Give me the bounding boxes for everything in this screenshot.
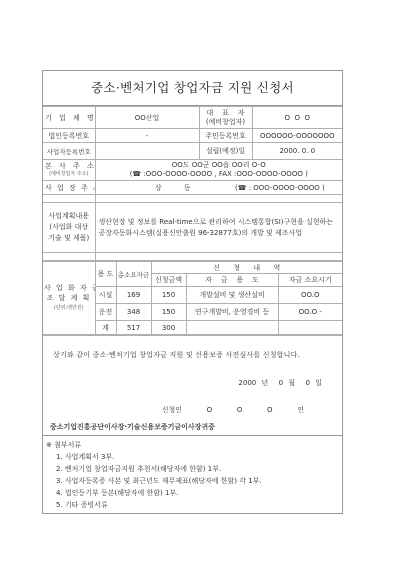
total-cell: 348: [116, 304, 151, 321]
hq-address-label-main: 본 사 주 소: [45, 162, 93, 170]
spacer-row: [43, 195, 342, 203]
usage-cell: 계: [95, 321, 116, 335]
corp-reg-value: -: [95, 129, 199, 143]
usage-cell: 시설: [95, 287, 116, 304]
hq-address-sublabel: (예비창업자 주소): [45, 170, 93, 178]
spacer-cell: [95, 195, 342, 203]
company-info-table: 기 업 체 명 OO산업 대 표 자 (예비창업자) O O O 법인등록번호 …: [43, 106, 342, 261]
requested-cell: 150: [151, 287, 186, 304]
registration-row: 법인등록번호 - 주민등록번호 OOOOOO-OOOOOOO: [43, 129, 342, 143]
site-address-phone: (☎ : OOO-OOOO-OOOO ): [235, 184, 325, 192]
addressee: 중소기업진흥공단이사장·기술신용보증기금이사장귀중: [50, 422, 215, 432]
hq-address-value: OO도 OO군 OO읍 OO리 O-O (☎ :OOO-OOOO-OOOO , …: [95, 160, 342, 181]
biz-reg-label: 사업자등록번호: [43, 143, 95, 160]
company-name-row: 기 업 체 명 OO산업 대 표 자 (예비창업자) O O O: [43, 107, 342, 129]
funding-plan-table: 사 업 화 자 금 조 달 계 획 (단위:백만원) 용 도 총소요자금 신 청…: [43, 261, 342, 335]
declaration-section: 상기와 같이 중소·벤처기업 창업자금 지원 및 신용보증 사전심사를 신청합니…: [43, 335, 342, 436]
site-address-text: 상 동: [113, 183, 233, 193]
company-name-value: OO산업: [95, 107, 199, 129]
site-address-value: 상 동 (☎ : OOO-OOOO-OOOO ): [95, 181, 342, 195]
spacer-cell: [43, 253, 95, 261]
declaration-date: 2000 년 0 월 0 일: [238, 378, 322, 388]
total-cell: 517: [116, 321, 151, 335]
site-address-label: 사 업 장 주 소: [43, 181, 95, 195]
applicant-signature: 신청인 O O O 인: [162, 405, 304, 415]
funding-section-label: 사 업 화 자 금 조 달 계 획 (단위:백만원): [43, 262, 95, 335]
timing-cell: [278, 321, 342, 335]
attachments-heading: ※ 첨부서류: [46, 439, 342, 451]
usage-header: 용 도: [95, 262, 116, 287]
requested-cell: 150: [151, 304, 186, 321]
funding-header-row-1: 사 업 화 자 금 조 달 계 획 (단위:백만원) 용 도 총소요자금 신 청…: [43, 262, 342, 274]
purpose-cell: [186, 321, 278, 335]
application-form: 중소·벤처기업 창업자금 지원 신청서 기 업 체 명 OO산업 대 표 자 (…: [42, 70, 343, 514]
representative-label: 대 표 자 (예비창업자): [199, 107, 252, 129]
timing-cell: OO.O -: [278, 304, 342, 321]
attachment-item: 2. 벤처기업 창업자금지원 추천서(해당자에 한함) 1부.: [46, 463, 342, 475]
total-cell: 169: [116, 287, 151, 304]
attachment-item: 1. 사업계획서 3부.: [46, 451, 342, 463]
hq-address-row: 본 사 주 소 (예비창업자 주소) OO도 OO군 OO읍 OO리 O-O (…: [43, 160, 342, 181]
spacer-row: [43, 253, 342, 261]
business-plan-value: 생산현장 및 정보를 Real-time으로 관리하여 시스템통합(SI)구현을…: [95, 203, 342, 253]
resident-reg-label: 주민등록번호: [199, 129, 252, 143]
funding-label-line1: 사 업 화 자 금: [44, 283, 94, 293]
biz-reg-row: 사업자등록번호 설립(예정)일 2000. 0. 0: [43, 143, 342, 160]
hq-address-line1: OO도 OO군 OO읍 OO리 O-O: [98, 161, 341, 170]
attachments-section: ※ 첨부서류 1. 사업계획서 3부. 2. 벤처기업 창업자금지원 추천서(해…: [43, 436, 342, 513]
company-name-label: 기 업 체 명: [43, 107, 95, 129]
corp-reg-label: 법인등록번호: [43, 129, 95, 143]
requested-cell: 300: [151, 321, 186, 335]
attachment-item: 5. 기타 증빙서류: [46, 499, 342, 511]
hq-address-line2: (☎ :OOO-OOOO-OOOO , FAX :OOO-OOOO-OOOO ): [98, 170, 341, 179]
usage-cell: 운전: [95, 304, 116, 321]
attachment-item: 3. 사업자등록증 사본 및 최근년도 재무제표(해당자에 한함) 각 1부.: [46, 475, 342, 487]
spacer-cell: [43, 195, 95, 203]
representative-label-line2: (예비창업자): [202, 118, 250, 127]
total-required-header: 총소요자금: [116, 262, 151, 287]
purpose-cell: 개발설비 및 생산설비: [186, 287, 278, 304]
funding-label-line2: 조 달 계 획: [44, 293, 94, 303]
resident-reg-value: OOOOOO-OOOOOOO: [252, 129, 342, 143]
spacer-cell: [95, 253, 342, 261]
business-plan-row: 사업계획내용 (사업화 대상 기술 및 제품) 생산현장 및 정보를 Real-…: [43, 203, 342, 253]
declaration-statement: 상기와 같이 중소·벤처기업 창업자금 지원 및 신용보증 사전심사를 신청합니…: [53, 350, 300, 360]
established-label: 설립(예정)일: [199, 143, 252, 160]
established-value: 2000. 0. 0: [252, 143, 342, 160]
hq-address-label: 본 사 주 소 (예비창업자 주소): [43, 160, 95, 181]
purpose-cell: 연구개발비, 운영경비 등: [186, 304, 278, 321]
application-details-header: 신 청 내 역: [151, 262, 342, 274]
site-address-row: 사 업 장 주 소 상 동 (☎ : OOO-OOOO-OOOO ): [43, 181, 342, 195]
business-plan-label: 사업계획내용 (사업화 대상 기술 및 제품): [43, 203, 95, 253]
fund-timing-header: 자금 소요시기: [278, 274, 342, 287]
funding-unit: (단위:백만원): [44, 303, 94, 313]
attachment-item: 4. 법인등기부 등본(해당자에 한함) 1부.: [46, 487, 342, 499]
requested-amount-header: 신청금액: [151, 274, 186, 287]
biz-reg-value: [95, 143, 199, 160]
timing-cell: OO.O: [278, 287, 342, 304]
fund-usage-header: 자 금 용 도: [186, 274, 278, 287]
representative-label-line1: 대 표 자: [202, 109, 250, 118]
representative-value: O O O: [252, 107, 342, 129]
form-title: 중소·벤처기업 창업자금 지원 신청서: [43, 71, 342, 106]
